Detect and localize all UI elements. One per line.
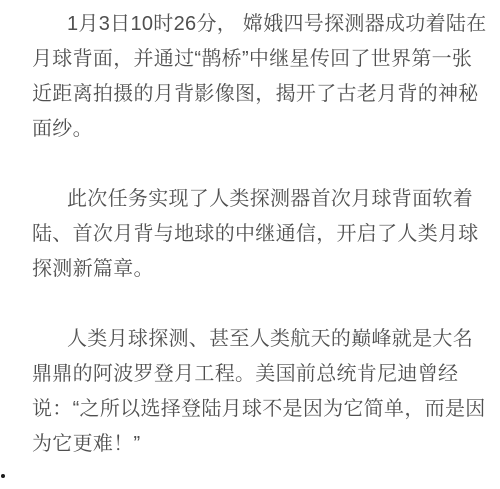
text-line: 月球背面，并通过“鹊桥”中继星传回了世界第一张 — [32, 42, 470, 77]
text-line: 探测新篇章。 — [32, 252, 470, 287]
text-line: 说：“之所以选择登陆月球不是因为它简单，而是因 — [32, 392, 470, 427]
text-line: 为它更难！” — [32, 427, 470, 462]
paragraph-3: 人类月球探测、甚至人类航天的巅峰就是大名 鼎鼎的阿波罗登月工程。美国前总统肯尼迪… — [32, 322, 470, 462]
paragraph-1: 1月3日10时26分， 嫦娥四号探测器成功着陆在 月球背面，并通过“鹊桥”中继星… — [32, 7, 470, 147]
page: { "page": { "background_color": "#ffffff… — [0, 0, 500, 489]
stray-dot-artifact — [1, 474, 5, 478]
article-body: 1月3日10时26分， 嫦娥四号探测器成功着陆在 月球背面，并通过“鹊桥”中继星… — [0, 0, 500, 462]
text-line: 1月3日10时26分， 嫦娥四号探测器成功着陆在 — [32, 7, 470, 42]
text-line: 近距离拍摄的月背影像图，揭开了古老月背的神秘 — [32, 77, 470, 112]
text-line: 鼎鼎的阿波罗登月工程。美国前总统肯尼迪曾经 — [32, 357, 470, 392]
text-line: 面纱。 — [32, 112, 470, 147]
paragraph-2: 此次任务实现了人类探测器首次月球背面软着 陆、首次月背与地球的中继通信，开启了人… — [32, 182, 470, 287]
text-line: 人类月球探测、甚至人类航天的巅峰就是大名 — [32, 322, 470, 357]
text-line: 陆、首次月背与地球的中继通信，开启了人类月球 — [32, 217, 470, 252]
text-line: 此次任务实现了人类探测器首次月球背面软着 — [32, 182, 470, 217]
